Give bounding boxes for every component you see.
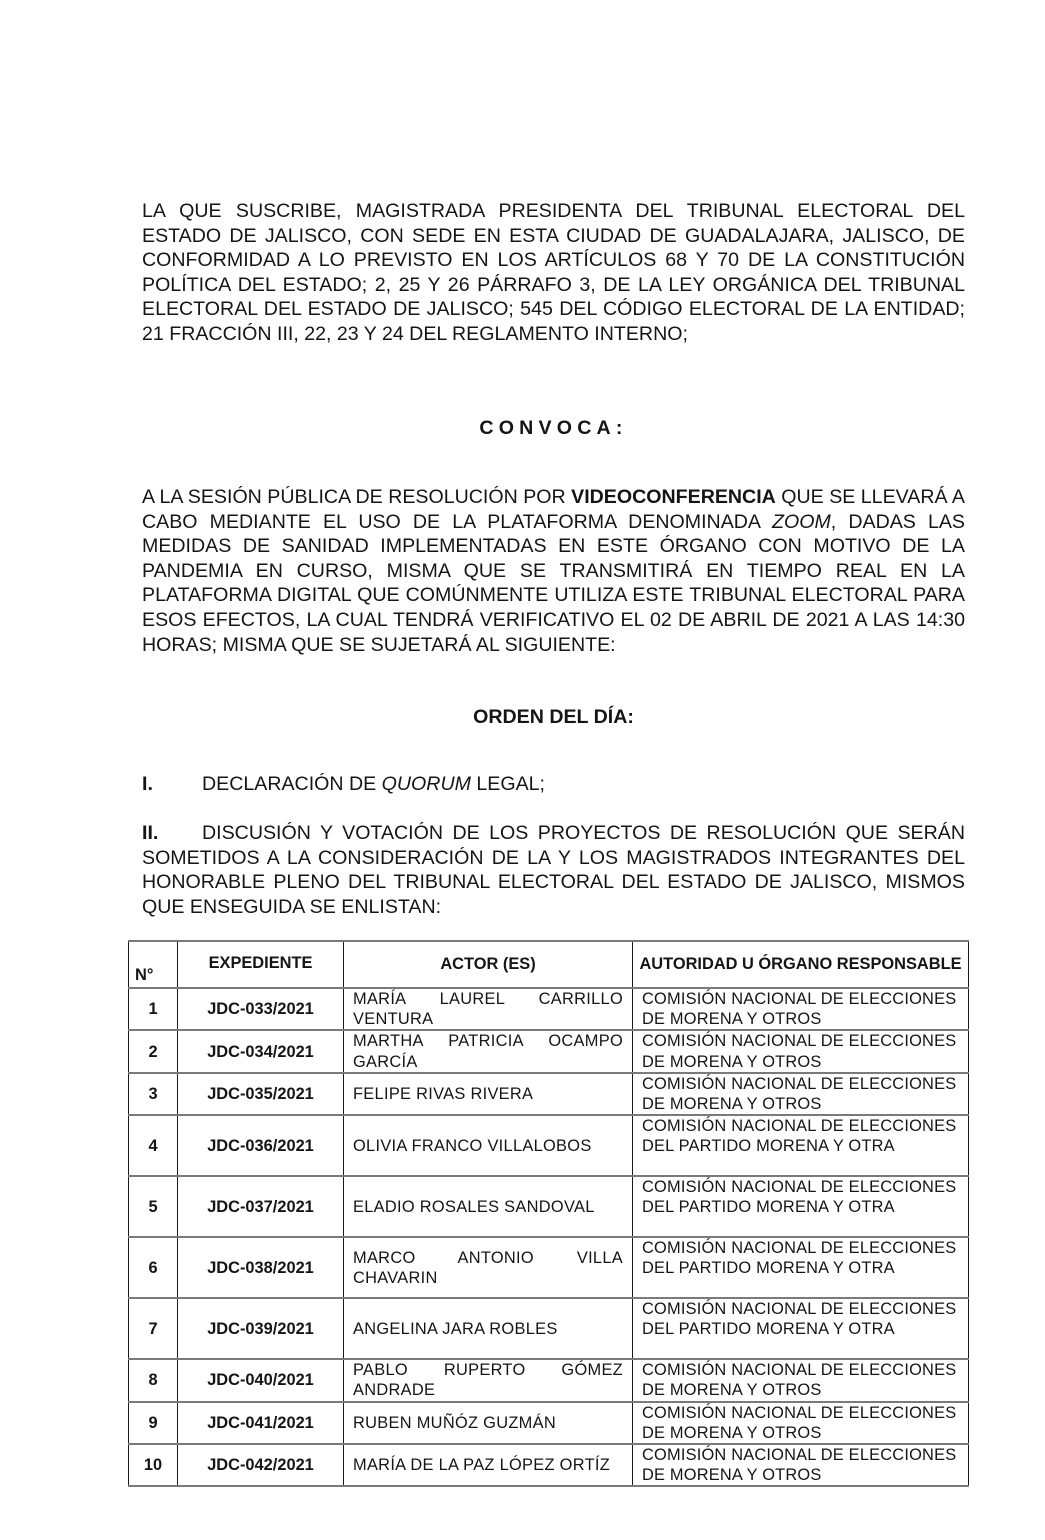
cell-authority: COMISIÓN NACIONAL DE ELECCIONES DE MOREN… (633, 1030, 969, 1072)
cell-number: 7 (129, 1298, 178, 1359)
agenda-item-2: II.DISCUSIÓN Y VOTACIÓN DE LOS PROYECTOS… (142, 821, 965, 919)
table-row: 10 JDC-042/2021 MARÍA DE LA PAZ LÓPEZ OR… (129, 1444, 969, 1486)
cell-expediente: JDC-040/2021 (178, 1359, 344, 1401)
cell-expediente: JDC-035/2021 (178, 1073, 344, 1115)
session-text-part1: A LA SESIÓN PÚBLICA DE RESOLUCIÓN POR (142, 486, 571, 508)
cell-number: 1 (129, 988, 178, 1030)
cell-expediente: JDC-036/2021 (178, 1115, 344, 1176)
cell-expediente: JDC-037/2021 (178, 1176, 344, 1237)
table-row: 1 JDC-033/2021 MARÍA LAUREL CARRILLO VEN… (129, 988, 969, 1030)
cell-authority: COMISIÓN NACIONAL DE ELECCIONES DE MOREN… (633, 988, 969, 1030)
cell-expediente: JDC-038/2021 (178, 1237, 344, 1298)
header-actor: ACTOR (ES) (344, 941, 633, 988)
cell-authority: COMISIÓN NACIONAL DE ELECCIONES DEL PART… (633, 1176, 969, 1237)
cell-actor: MARTHA PATRICIA OCAMPO GARCÍA (344, 1030, 633, 1072)
cell-number: 9 (129, 1402, 178, 1444)
cell-expediente: JDC-041/2021 (178, 1402, 344, 1444)
table-row: 3 JDC-035/2021 FELIPE RIVAS RIVERA COMIS… (129, 1073, 969, 1115)
agenda-text: DISCUSIÓN Y VOTACIÓN DE LOS PROYECTOS DE… (142, 822, 965, 918)
header-expediente: EXPEDIENTE (178, 941, 344, 988)
table-row: 8 JDC-040/2021 PABLO RUPERTO GÓMEZ ANDRA… (129, 1359, 969, 1401)
cell-number: 2 (129, 1030, 178, 1072)
cell-number: 3 (129, 1073, 178, 1115)
convoca-heading: CONVOCA: (142, 416, 965, 440)
cell-authority: COMISIÓN NACIONAL DE ELECCIONES DE MOREN… (633, 1359, 969, 1401)
table-row: 2 JDC-034/2021 MARTHA PATRICIA OCAMPO GA… (129, 1030, 969, 1072)
cell-actor: ELADIO ROSALES SANDOVAL (344, 1176, 633, 1237)
orden-del-dia-heading: ORDEN DEL DÍA: (142, 705, 965, 729)
cell-actor: ANGELINA JARA ROBLES (344, 1298, 633, 1359)
agenda-text: LEGAL; (471, 773, 545, 795)
cell-number: 10 (129, 1444, 178, 1486)
cell-expediente: JDC-034/2021 (178, 1030, 344, 1072)
cell-authority: COMISIÓN NACIONAL DE ELECCIONES DE MOREN… (633, 1444, 969, 1486)
table-row: 4 JDC-036/2021 OLIVIA FRANCO VILLALOBOS … (129, 1115, 969, 1176)
agenda-numeral: I. (142, 772, 202, 797)
cell-actor: FELIPE RIVAS RIVERA (344, 1073, 633, 1115)
table-row: 5 JDC-037/2021 ELADIO ROSALES SANDOVAL C… (129, 1176, 969, 1237)
cell-expediente: JDC-042/2021 (178, 1444, 344, 1486)
cases-table: N° EXPEDIENTE ACTOR (ES) AUTORIDAD U ÓRG… (128, 940, 969, 1487)
cell-actor: PABLO RUPERTO GÓMEZ ANDRADE (344, 1359, 633, 1401)
cell-authority: COMISIÓN NACIONAL DE ELECCIONES DEL PART… (633, 1298, 969, 1359)
intro-paragraph: LA QUE SUSCRIBE, MAGISTRADA PRESIDENTA D… (142, 199, 965, 347)
platform-name-italic: ZOOM (772, 511, 831, 533)
table-row: 6 JDC-038/2021 MARCO ANTONIO VILLA CHAVA… (129, 1237, 969, 1298)
cell-actor: OLIVIA FRANCO VILLALOBOS (344, 1115, 633, 1176)
table-row: 7 JDC-039/2021 ANGELINA JARA ROBLES COMI… (129, 1298, 969, 1359)
agenda-text-italic: QUORUM (382, 773, 471, 795)
agenda-text: DECLARACIÓN DE (202, 773, 382, 795)
cell-authority: COMISIÓN NACIONAL DE ELECCIONES DE MOREN… (633, 1402, 969, 1444)
cell-number: 6 (129, 1237, 178, 1298)
agenda-numeral: II. (142, 821, 202, 846)
cell-authority: COMISIÓN NACIONAL DE ELECCIONES DEL PART… (633, 1237, 969, 1298)
cell-actor: MARCO ANTONIO VILLA CHAVARIN (344, 1237, 633, 1298)
table-header-row: N° EXPEDIENTE ACTOR (ES) AUTORIDAD U ÓRG… (129, 941, 969, 988)
document-page: LA QUE SUSCRIBE, MAGISTRADA PRESIDENTA D… (0, 0, 1045, 1540)
cell-actor: MARÍA LAUREL CARRILLO VENTURA (344, 988, 633, 1030)
cell-actor: MARÍA DE LA PAZ LÓPEZ ORTÍZ (344, 1444, 633, 1486)
session-paragraph: A LA SESIÓN PÚBLICA DE RESOLUCIÓN POR VI… (142, 485, 965, 657)
cell-authority: COMISIÓN NACIONAL DE ELECCIONES DE MOREN… (633, 1073, 969, 1115)
cell-number: 4 (129, 1115, 178, 1176)
cell-number: 8 (129, 1359, 178, 1401)
cell-expediente: JDC-039/2021 (178, 1298, 344, 1359)
cases-table-body: 1 JDC-033/2021 MARÍA LAUREL CARRILLO VEN… (129, 988, 969, 1486)
session-mode-bold: VIDEOCONFERENCIA (571, 486, 776, 508)
header-authority: AUTORIDAD U ÓRGANO RESPONSABLE (633, 941, 969, 988)
cell-number: 5 (129, 1176, 178, 1237)
table-row: 9 JDC-041/2021 RUBEN MUÑÓZ GUZMÁN COMISI… (129, 1402, 969, 1444)
agenda-item-1: I.DECLARACIÓN DE QUORUM LEGAL; (142, 772, 965, 797)
cell-actor: RUBEN MUÑÓZ GUZMÁN (344, 1402, 633, 1444)
header-number: N° (129, 941, 178, 988)
cell-expediente: JDC-033/2021 (178, 988, 344, 1030)
cell-authority: COMISIÓN NACIONAL DE ELECCIONES DEL PART… (633, 1115, 969, 1176)
